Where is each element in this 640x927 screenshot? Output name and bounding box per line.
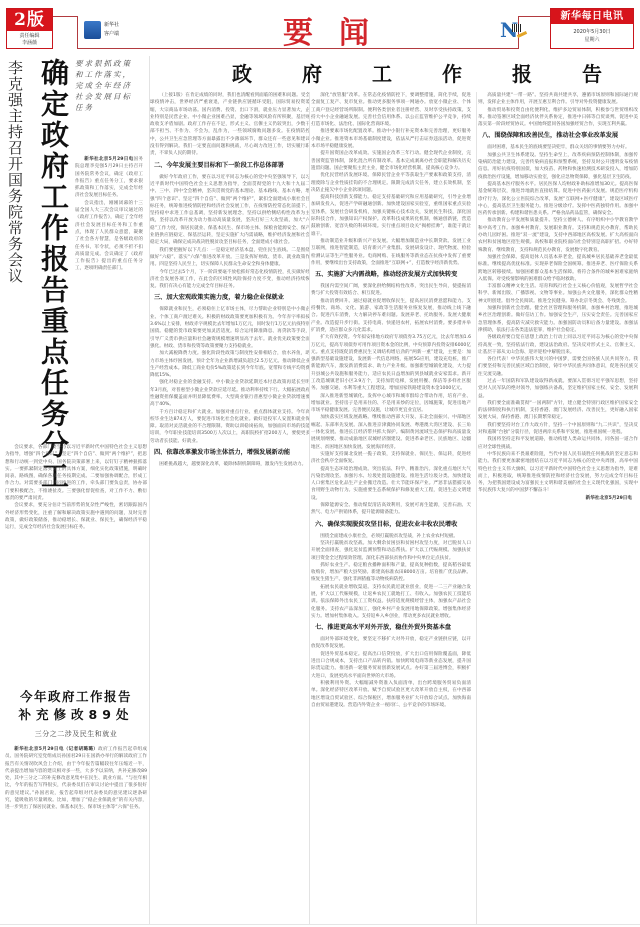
report-paragraph: 加快落实区域发展战略。继续推动西部大开发、东北全面振兴、中部地区崛起、东部率先发…	[311, 414, 471, 450]
article-dateline: 新华社北京5月29日电	[84, 157, 133, 162]
xinhua-app-link[interactable]: 新华社 客户端	[84, 21, 119, 39]
section-heading-2: 二、今年发展主要目标和下一阶段工作总体部署	[150, 160, 310, 172]
article-lead: 新华社北京5月29日电国务院总理李克强5月29日主持召开国务院常务会议，确定《政…	[75, 156, 143, 273]
news-logo-icon: N	[500, 20, 528, 42]
section-heading-6: 六、确保实现脱贫攻坚目标，促进农业丰收农民增收	[311, 519, 471, 531]
report-paragraph: 保障就业和民生，必须稳住上亿市场主体，尽力帮助企业特别是中小微企业、个体工商户渡…	[150, 306, 310, 350]
report-paragraph: 我们要把握好以下几点：一是稳定经济基本盘，兜住民生底线。二是围绕做好“六稳”、落…	[150, 247, 310, 269]
page-bottom-rule	[0, 924, 640, 925]
report-paragraph: 困难挑战越大，越要深化改革，破除体制机制障碍，激发内生发展动力。	[150, 461, 310, 468]
section-heading-8: 八、围绕保障和改善民生，推动社会事业改革发展	[478, 130, 638, 142]
report-paragraph: 加大减税降费力度。强化阶段性政策与制度性安排相结合，放水养鱼，助力市场主体纾困发…	[150, 350, 310, 379]
page-number-badge: 2版 责任编辑 李涵薇	[6, 8, 53, 49]
app-name-line2: 客户端	[104, 30, 119, 39]
report-column-3: 高质量共建“一带一路”。坚持共商共建共享，遵循市场原则和国际通行规则，发挥企业主…	[478, 92, 638, 502]
masthead-connector-line	[53, 16, 78, 49]
article-paragraph: 会议要求，各部门要坚持以习近平新时代中国特色社会主义思想为指导，增强“四个意识”…	[5, 444, 147, 502]
report-paragraph: 抓好农业生产。稳定粮食播种面积和产量，提高复种指数，提高稻谷最低收购价，增加产粮…	[311, 562, 471, 584]
second-article-headline: 今年政府工作报告 补充修改89处 三分之二涉及民生和就业	[5, 688, 147, 741]
report-paragraph: 实施好支持湖北发展一揽子政策，支持保就业、保民生、保运转，促进经济社会秩序全面恢…	[311, 451, 471, 466]
second-dateline: 新华社北京5月29日电（记者胡璐璐）	[14, 747, 98, 752]
app-name-line1: 新华社	[104, 21, 119, 30]
editor-name: 李涵薇	[7, 40, 52, 47]
report-paragraph: 千方百计稳定和扩大就业。加强对重点行业、重点群体就业支持。今年高校毕业生达874…	[150, 409, 310, 445]
report-column-2: 深化“放管服”改革。在常态化疫情防控下，要调整措施，简化手续，促进全面复工复产、…	[311, 92, 471, 709]
report-paragraph: 坚决打赢脱贫攻坚战。加大剩余贫困县和贫困村攻坚力度，对已脱贫人口开展全面排查，强…	[311, 540, 471, 562]
report-column-1: （上接1版）在肯定成绩的同时，我们也清醒看到面临的困难和问题。受全球疫情冲击，世…	[150, 92, 310, 468]
report-paragraph: 保障能源安全。推动煤炭清洁高效利用，发展可再生能源，完善石油、天然气、电力产供销…	[311, 502, 471, 517]
report-paragraph: 我们要全面准确贯彻“一国两制”方针，建立健全特别行政区维护国家安全的法律制度和执…	[478, 400, 638, 422]
column-divider	[309, 92, 310, 924]
report-paragraph: 积极利用外资。大幅缩减外资准入负面清单，出台跨境服务贸易负面清单。深化经济特区改…	[311, 680, 471, 709]
second-headline-line2: 补充修改89处	[5, 706, 147, 724]
report-paragraph: 提高生态环境治理成效。突出依法、科学、精准治污。深化重点地区大气污染治理攻坚。加…	[311, 466, 471, 502]
report-paragraph: 扩大有效投资。今年拟安排地方政府专项债券3.75万亿元，比去年增加1.6万亿元，…	[311, 334, 471, 392]
section-title: 要闻	[283, 8, 395, 52]
report-paragraph: 各级政府要自觉在思想上政治上行动上同以习近平同志为核心的党中央保持高度一致，坚持…	[478, 334, 638, 356]
article-paragraph: 会议要求，要充分估计当前形势的复杂性严峻性，密切跟踪国内外经济形势变化，注重了解…	[5, 502, 147, 531]
date-box: 新华每日电讯 2020年5月30日 星期六	[550, 8, 634, 49]
report-paragraph: 提高科技创新支撑能力。稳定支持基础研究和应用基础研究，引导企业增加研发投入，促进…	[311, 194, 471, 238]
section-heading-7: 七、推进更高水平对外开放，稳住外贸外资基本盘	[311, 622, 471, 634]
report-paragraph: 我国将坚持走和平发展道路，推动构建人类命运共同体，同各国一道合作应对全球性挑战。	[478, 436, 638, 451]
issue-date: 2020年5月30日	[551, 28, 633, 36]
report-paragraph: 拓展农民就业增收渠道。支持农民就近就业创业，促进一二三产业融合发展，扩大以工代赈…	[311, 584, 471, 620]
left-article: 李克强主持召开国务院常务会议 确定政府工作报告重点任务分工 要求狠抓政策和工作落…	[5, 56, 147, 924]
report-paragraph: 做好今年政府工作，要在以习近平同志为核心的党中央坚强领导下，以习近平新时代中国特…	[150, 174, 310, 247]
report-title: 政 府 工 作 报 告	[172, 60, 622, 88]
section-heading-5: 五、实施扩大内需战略，推动经济发展方式加快转变	[311, 269, 471, 281]
report-paragraph: 我国内需空间广阔，要深化供给侧结构性改革，突出民生导向，使提振消费与扩大投资有效…	[311, 283, 471, 298]
xinhua-app-qr-icon	[84, 21, 101, 39]
section-heading-3: 三、加大宏观政策实施力度，着力稳企业保就业	[150, 292, 310, 304]
report-signoff: 新华社北京5月29日电	[478, 495, 638, 502]
article-paragraph: 会议指出，刚刚闭幕的十三届全国人大三次会议审议通过的《政府工作报告》，确定了全年…	[75, 200, 143, 273]
report-paragraph: 推动消费回升。通过稳就业促增收保民生，提高居民消费意愿和能力。支持餐饮、商场、文…	[311, 298, 471, 334]
section-heading-4: 四、依靠改革激发市场主体活力，增强发展新动能	[150, 447, 310, 459]
report-paragraph: 高质量共建“一带一路”。坚持共商共建共享，遵循市场原则和国际通行规则，发挥企业主…	[478, 92, 638, 107]
second-subhead: 三分之二涉及民生和就业	[5, 727, 147, 741]
second-headline-line1: 今年政府工作报告	[5, 688, 147, 706]
report-paragraph: 促进外贸基本稳定。提高出口信贷投放，扩大出口信用保险覆盖面，降低进出口合规成本，…	[311, 651, 471, 680]
report-paragraph: 围绕全面建成小康社会，必须打赢脱贫攻坚战，补上农业农村短板。	[311, 533, 471, 540]
masthead-rule-top	[518, 16, 550, 17]
report-paragraph: 推进要素市场化配置改革。推动中小银行补充资本和完善治理，更好服务小微企业。推进资…	[311, 128, 471, 150]
page-number: 2版	[7, 9, 52, 31]
report-paragraph: 加强公共卫生体系建设。坚持生命至上，改革疾病预防控制体制，加强传染病防治能力建设…	[478, 152, 638, 181]
article-headline: 确定政府工作报告重点任务分工	[39, 58, 69, 492]
report-paragraph: 推动制造业升级和新兴产业发展。大幅增加制造业中长期贷款。发展工业互联网，推进智能…	[311, 238, 471, 267]
report-paragraph: （上接1版）在肯定成绩的同时，我们也清醒看到面临的困难和问题。受全球疫情冲击，世…	[150, 92, 310, 158]
report-paragraph: 各位代表！中华民族伟大复兴的中国梦，需要全国各族人民共同努力。我们要坚持和完善民…	[478, 356, 638, 378]
report-paragraph: 深化“放管服”改革。在常态化疫情防控下，要调整措施，简化手续，促进全面复工复产、…	[311, 92, 471, 128]
report-paragraph: 加强社会保障。提高退休人员基本养老金，提高城乡居民基础养老金最低标准。继续提高优…	[478, 254, 638, 283]
report-paragraph: 推动教育公平发展和质量提升。坚持立德树人。有序组织中小学教育教学和中高考工作。加…	[478, 217, 638, 253]
masthead: 2版 责任编辑 李涵薇 新华社 客户端 要闻 N 新华每日电讯 2020年5月3…	[0, 0, 640, 52]
brand-name: 新华每日电讯	[551, 9, 633, 24]
report-paragraph: 深入推进新型城镇化。发挥中心城市和城市群综合带动作用，培育产业、增加就业。坚持房…	[311, 393, 471, 415]
article-subhead: 要求狠抓政策和工作落实，完成全年经济社会发展目标任务	[75, 58, 141, 113]
article-body: 会议要求，各部门要坚持以习近平新时代中国特色社会主义思想为指导，增强“四个意识”…	[5, 444, 147, 532]
report-paragraph: 今年已过去5个月，下一阶段要毫不放松抓好常态化疫情防控，扎实做好经济社会发展各项…	[150, 269, 310, 291]
report-paragraph: 面对困难，基本民生的底线要坚决兜牢，群众关切的事情要努力办好。	[478, 144, 638, 151]
second-article-body: 新华社北京5月29日电（记者胡璐璐）政府工作报告起草组成员、国务院研究室党组成员…	[5, 746, 147, 812]
editor-label: 责任编辑	[7, 33, 52, 40]
editor-credit: 责任编辑 李涵薇	[7, 31, 52, 47]
issue-weekday: 星期六	[551, 36, 633, 44]
report-paragraph: 丰富群众精神文化生活。培育和践行社会主义核心价值观，发展哲学社会科学、新闻出版、…	[478, 283, 638, 305]
column-divider	[476, 92, 477, 924]
report-paragraph: 中华民族向来不畏艰难险阻，当代中国人民有战胜任何挑战的坚定意志和能力。我们要更加…	[478, 451, 638, 495]
report-paragraph: 我们要坚持对台工作大政方针，坚持一个中国原则和“九二共识”，坚决反对和遏制“台独…	[478, 422, 638, 437]
report-paragraph: 加强和创新社会治理。健全社区管理和服务机制，加强乡村治理，推进城乡社区治理创新。…	[478, 305, 638, 334]
report-paragraph: 推动贸易和投资自由化便利化。维护多边贸易体制，积极参与世贸组织改革。推动签署区域…	[478, 107, 638, 129]
report-paragraph: 过去一年国防和军队建设取得新成就。要深入贯彻习近平强军思想，坚持党对人民军队的绝…	[478, 378, 638, 400]
report-paragraph: 提升国资国企改革成效。实施国企改革三年行动。健全现代企业制度，完善国资监管体制，…	[311, 150, 471, 172]
article-kicker: 李克强主持召开国务院常务会议	[7, 60, 25, 284]
report-paragraph: 面对外部环境变化，要坚定不移扩大对外开放，稳定产业链供应链，以开放促改革促发展。	[311, 636, 471, 651]
report-paragraph: 提高基本医疗服务水平。居民医保人均财政补助标准增加30元。提高医保基金统筹层次，…	[478, 181, 638, 217]
report-paragraph: 优化民营经济发展环境。保障民营企业平等获取生产要素和政策支持，清理废除与企业性质…	[311, 172, 471, 194]
report-paragraph: 强化对稳企业的金融支持。中小微企业贷款延期还本付息政策再延长至明年3月底，对普惠…	[150, 379, 310, 408]
